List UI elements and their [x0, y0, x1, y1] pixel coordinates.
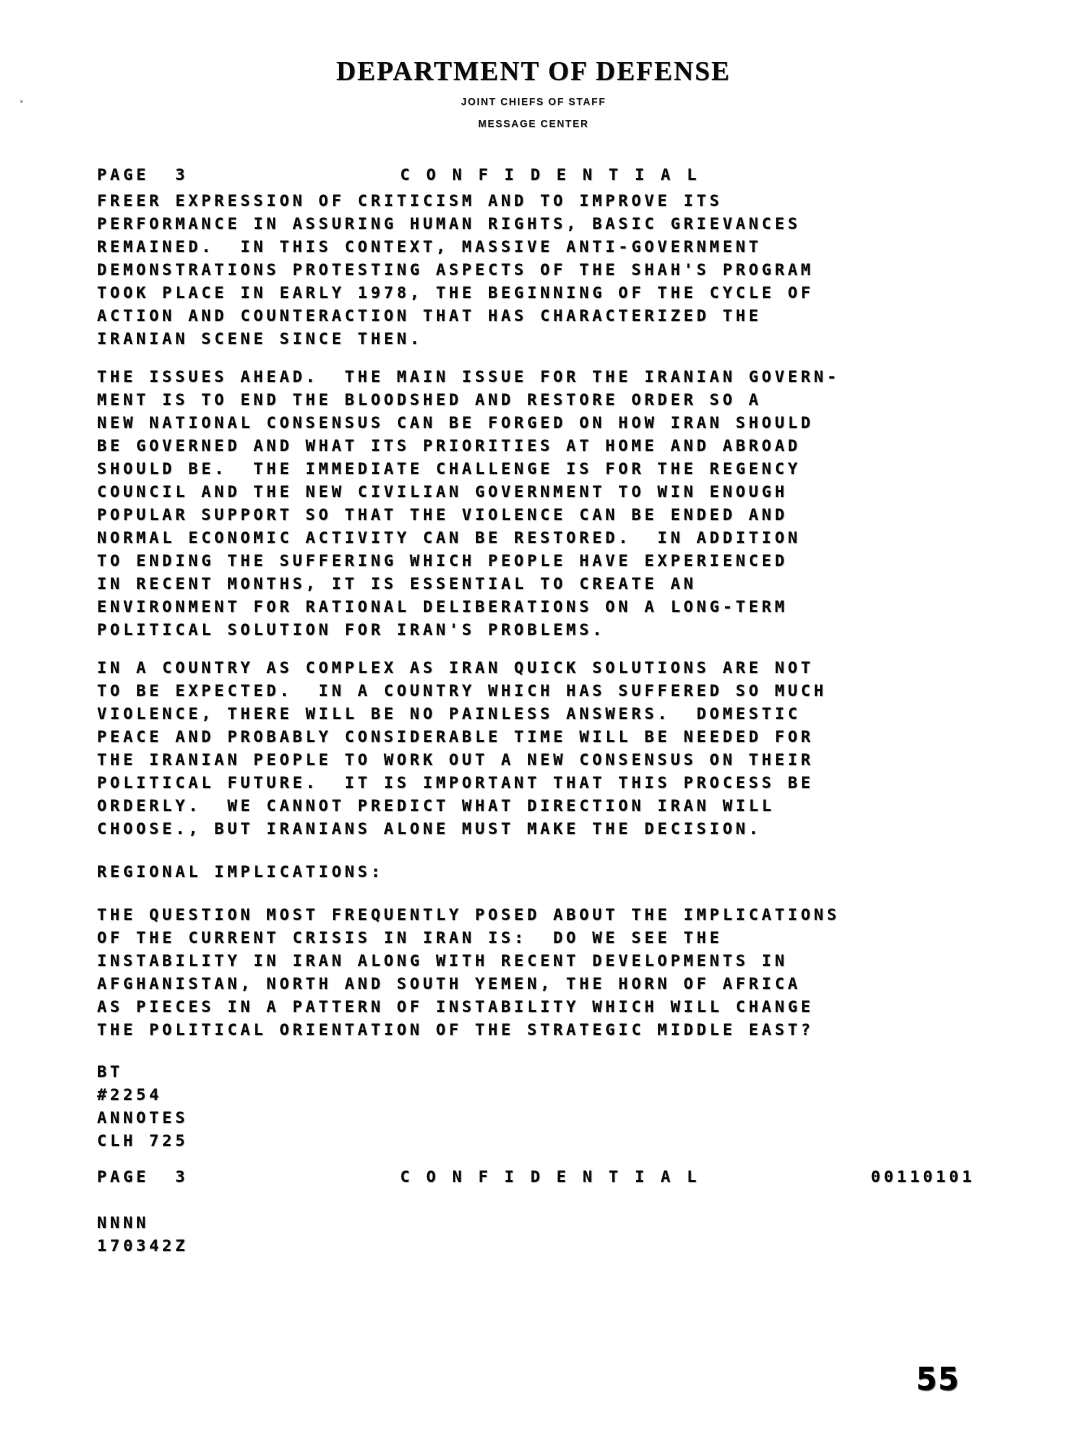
paragraph-country-complex: IN A COUNTRY AS COMPLEX AS IRAN QUICK SO…: [97, 656, 975, 840]
letterhead-subtitle-joint-chiefs: JOINT CHIEFS OF STAFF: [0, 97, 1067, 108]
paragraph-issues-ahead: THE ISSUES AHEAD. THE MAIN ISSUE FOR THE…: [97, 365, 975, 641]
bottom-classification-line: PAGE 3 C O N F I D E N T I A L 00110101: [97, 1165, 975, 1188]
message-body: PAGE 3 C O N F I D E N T I A L FREER EXP…: [97, 163, 975, 1257]
section-heading-regional-implications: REGIONAL IMPLICATIONS:: [97, 860, 975, 883]
letterhead-subtitle-message-center: MESSAGE CENTER: [0, 119, 1067, 130]
folio-page-number: 55: [916, 1361, 960, 1398]
document-page: DEPARTMENT OF DEFENSE JOINT CHIEFS OF ST…: [0, 0, 1067, 1452]
paragraph-question-posed: THE QUESTION MOST FREQUENTLY POSED ABOUT…: [97, 903, 975, 1041]
top-page-label: PAGE 3: [97, 163, 400, 186]
scan-artifact: [20, 100, 23, 103]
message-end-marker: NNNN 170342Z: [97, 1211, 975, 1257]
letterhead: DEPARTMENT OF DEFENSE JOINT CHIEFS OF ST…: [0, 0, 1067, 130]
paragraph-freer-expression: FREER EXPRESSION OF CRITICISM AND TO IMP…: [97, 189, 975, 350]
top-classification-banner: C O N F I D E N T I A L: [400, 163, 700, 186]
message-serial-number: 00110101: [871, 1165, 975, 1188]
message-trailer: BT #2254 ANNOTES CLH 725: [97, 1060, 975, 1152]
top-classification-line: PAGE 3 C O N F I D E N T I A L: [97, 163, 975, 186]
department-title: DEPARTMENT OF DEFENSE: [0, 56, 1067, 86]
bottom-classification-banner: C O N F I D E N T I A L: [400, 1165, 700, 1188]
bottom-page-label: PAGE 3: [97, 1165, 400, 1188]
